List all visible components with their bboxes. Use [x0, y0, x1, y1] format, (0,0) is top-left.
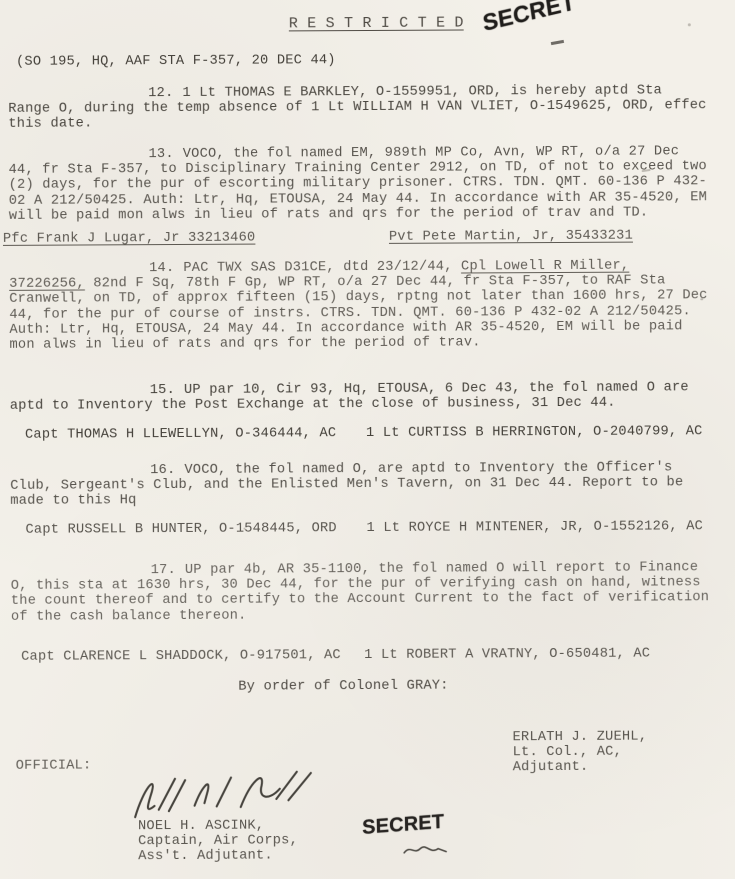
paragraph-14-text-post: 82nd F Sq, 78th F Gp, WP RT, o/a 27 Dec … [9, 274, 707, 353]
paragraph-13-number: 13. [148, 147, 173, 162]
paragraph-13: 13.VOCO, the fol named EM, 989th MP Co, … [8, 144, 711, 224]
adjutant-signature-block: ERLATH J. ZUEHL, Lt. Col., AC, Adjutant. [513, 730, 648, 776]
document-content: R E S T R I C T E D SECRET (SO 195, HQ, … [0, 0, 735, 879]
classification-heading: R E S T R I C T E D [289, 15, 464, 31]
paragraph-14: 14.PAC TWX SAS D31CE, dtd 23/12/44, Cpl … [9, 258, 712, 353]
paragraph-16-number: 16. [150, 463, 175, 478]
stamp-underline-mark [551, 40, 564, 45]
secret-stamp-top: SECRET [482, 0, 576, 31]
paragraph-15-number: 15. [150, 383, 175, 398]
club-inventory-officer-left: Capt RUSSELL B HUNTER, O-1548445, ORD [25, 521, 336, 538]
signer-rank: Captain, Air Corps, [138, 834, 298, 850]
paper-speck [688, 23, 691, 26]
paper-speck [700, 298, 703, 300]
paragraph-16: 16.VOCO, the fol named O, are aptd to In… [10, 460, 713, 509]
paragraph-12-number: 12. [148, 86, 173, 101]
name-row-13: Pfc Frank J Lugar, Jr 33213460 Pvt Pete … [0, 228, 734, 250]
adjutant-rank: Lt. Col., AC, [513, 745, 648, 761]
secret-stamp-bottom: SECRET [362, 815, 444, 836]
inventory-officer-right: 1 Lt CURTISS B HERRINGTON, O-2040799, AC [366, 424, 703, 441]
paragraph-17-text: UP par 4b, AR 35-1100, the fol named O w… [11, 560, 710, 624]
paper-speck [243, 528, 245, 530]
paragraph-13-text: VOCO, the fol named EM, 989th MP Co, Avn… [9, 144, 708, 223]
order-reference: (SO 195, HQ, AAF STA F-357, 20 DEC 44) [16, 53, 336, 70]
signer-title: Ass't. Adjutant. [138, 849, 298, 865]
paragraph-14-number: 14. [149, 261, 174, 276]
inventory-officer-left: Capt THOMAS H LLEWELLYN, O-346444, AC [25, 426, 336, 443]
adjutant-title: Adjutant. [513, 760, 648, 776]
name-row-16: Capt RUSSELL B HUNTER, O-1548445, ORD 1 … [0, 519, 735, 541]
paragraph-17: 17.UP par 4b, AR 35-1100, the fol named … [11, 560, 714, 624]
by-order-line: By order of Colonel GRAY: [238, 679, 448, 695]
club-inventory-officer-right: 1 Lt ROYCE H MINTENER, JR, O-1552126, AC [366, 519, 703, 536]
finance-officer-right: 1 Lt ROBERT A VRATNY, O-650481, AC [364, 647, 650, 664]
finance-officer-left: Capt CLARENCE L SHADDOCK, O-917501, AC [21, 648, 341, 665]
adjutant-name: ERLATH J. ZUEHL, [513, 730, 648, 746]
name-row-15: Capt THOMAS H LLEWELLYN, O-346444, AC 1 … [0, 424, 735, 446]
paragraph-15-text: UP par 10, Cir 93, Hq, ETOUSA, 6 Dec 43,… [10, 380, 689, 414]
official-label: OFFICIAL: [16, 758, 92, 774]
paragraph-16-text: VOCO, the fol named O, are aptd to Inven… [10, 460, 683, 509]
escort-name-left: Pfc Frank J Lugar, Jr 33213460 [3, 231, 255, 248]
escort-name-right: Pvt Pete Martin, Jr, 35433231 [389, 229, 633, 245]
paragraph-15: 15.UP par 10, Cir 93, Hq, ETOUSA, 6 Dec … [10, 380, 713, 414]
paragraph-14-text-pre: PAC TWX SAS D31CE, dtd 23/12/44, [183, 260, 461, 276]
signer-block: NOEL H. ASCINK, Captain, Air Corps, Ass'… [138, 818, 298, 864]
paragraph-12: 12.1 Lt THOMAS E BARKLEY, O-1559951, ORD… [8, 83, 711, 132]
ink-scribble [402, 843, 448, 857]
document-page: R E S T R I C T E D SECRET (SO 195, HQ, … [0, 0, 735, 879]
paper-speck [60, 123, 62, 125]
name-row-17: Capt CLARENCE L SHADDOCK, O-917501, AC 1… [1, 646, 735, 668]
handwritten-signature [126, 759, 329, 824]
signer-name: NOEL H. ASCINK, [138, 818, 298, 834]
paragraph-17-number: 17. [151, 563, 176, 578]
paragraph-12-text: 1 Lt THOMAS E BARKLEY, O-1559951, ORD, i… [8, 83, 706, 132]
